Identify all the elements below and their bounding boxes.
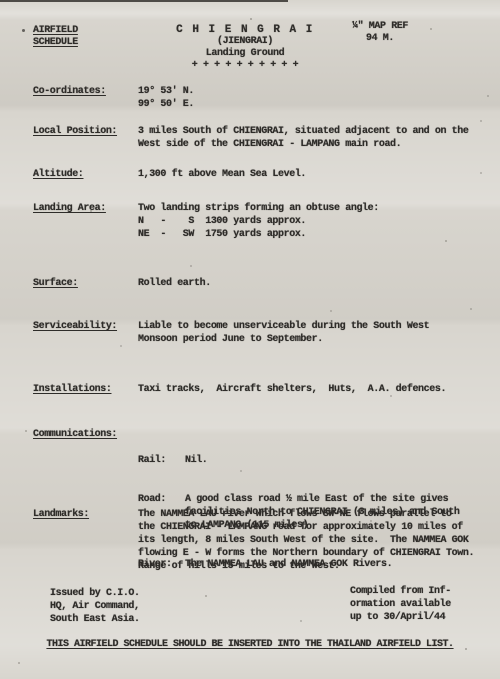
section-local-position: Local Position: 3 miles South of CHIENGR… xyxy=(33,125,482,151)
issued-by-block: Issued by C.I.O. HQ, Air Command, South … xyxy=(50,587,140,626)
section-altitude: Altitude: 1,300 ft above Mean Sea Level. xyxy=(33,168,482,181)
insertion-note: THIS AIRFIELD SCHEDULE SHOULD BE INSERTE… xyxy=(0,639,500,650)
section-installations: Installations: Taxi tracks, Aircraft she… xyxy=(33,383,482,396)
compiled-line1: Compiled from Inf- xyxy=(350,585,451,598)
rail-label: Rail: xyxy=(138,454,185,467)
map-reference: ¼" MAP REF 94 M. xyxy=(352,21,408,45)
document-type-line1: AIRFIELD xyxy=(33,25,78,37)
surface-value: Rolled earth. xyxy=(138,277,482,290)
altitude-value: 1,300 ft above Mean Sea Level. xyxy=(138,168,482,181)
title-divider: + + + + + + + + + + xyxy=(120,60,370,72)
issued-line3: South East Asia. xyxy=(50,613,140,626)
landmarks-value: The NAMMEA LAU river which flows SW-NE f… xyxy=(138,508,482,573)
map-ref-line1: ¼" MAP REF xyxy=(352,21,408,33)
section-serviceability: Serviceability: Liable to become unservi… xyxy=(33,320,482,346)
local-position-label: Local Position: xyxy=(33,125,138,151)
scan-speck xyxy=(22,29,25,32)
map-ref-line2: 94 M. xyxy=(352,33,408,45)
airfield-schedule-document: AIRFIELD SCHEDULE C H I E N G R A I (JIE… xyxy=(0,0,500,679)
section-landing-area: Landing Area: Two landing strips forming… xyxy=(33,202,482,241)
scan-noise xyxy=(250,18,252,20)
coordinates-value: 19° 53' N. 99° 50' E. xyxy=(138,85,482,111)
compiled-line2: ormation available xyxy=(350,598,451,611)
altitude-label: Altitude: xyxy=(33,168,138,181)
section-landmarks: Landmarks: The NAMMEA LAU river which fl… xyxy=(33,508,482,573)
section-surface: Surface: Rolled earth. xyxy=(33,277,482,290)
page-subtitle: (JIENGRAI) xyxy=(120,36,370,48)
local-position-value: 3 miles South of CHIENGRAI, situated adj… xyxy=(138,125,482,151)
compiled-line3: up to 30/April/44 xyxy=(350,611,451,624)
coordinates-label: Co-ordinates: xyxy=(33,85,138,111)
rail-text: Nil. xyxy=(185,454,482,467)
installations-label: Installations: xyxy=(33,383,138,396)
issued-line2: HQ, Air Command, xyxy=(50,600,140,613)
serviceability-label: Serviceability: xyxy=(33,320,138,346)
installations-value: Taxi tracks, Aircraft shelters, Huts, A.… xyxy=(138,383,482,396)
communications-rail: Rail: Nil. xyxy=(138,454,482,467)
document-type-heading: AIRFIELD SCHEDULE xyxy=(33,25,78,49)
issued-line1: Issued by C.I.O. xyxy=(50,587,140,600)
serviceability-value: Liable to become unserviceable during th… xyxy=(138,320,482,346)
compiled-from-block: Compiled from Inf- ormation available up… xyxy=(350,585,451,624)
landing-area-label: Landing Area: xyxy=(33,202,138,241)
landmarks-label: Landmarks: xyxy=(33,508,138,573)
title-block: C H I E N G R A I (JIENGRAI) Landing Gro… xyxy=(120,24,370,72)
landing-area-value: Two landing strips forming an obtuse ang… xyxy=(138,202,482,241)
scan-edge-artifact xyxy=(0,0,288,2)
section-coordinates: Co-ordinates: 19° 53' N. 99° 50' E. xyxy=(33,85,482,111)
surface-label: Surface: xyxy=(33,277,138,290)
page-title: C H I E N G R A I xyxy=(120,24,370,36)
document-type-line2: SCHEDULE xyxy=(33,37,78,49)
page-subtitle2: Landing Ground xyxy=(120,48,370,60)
